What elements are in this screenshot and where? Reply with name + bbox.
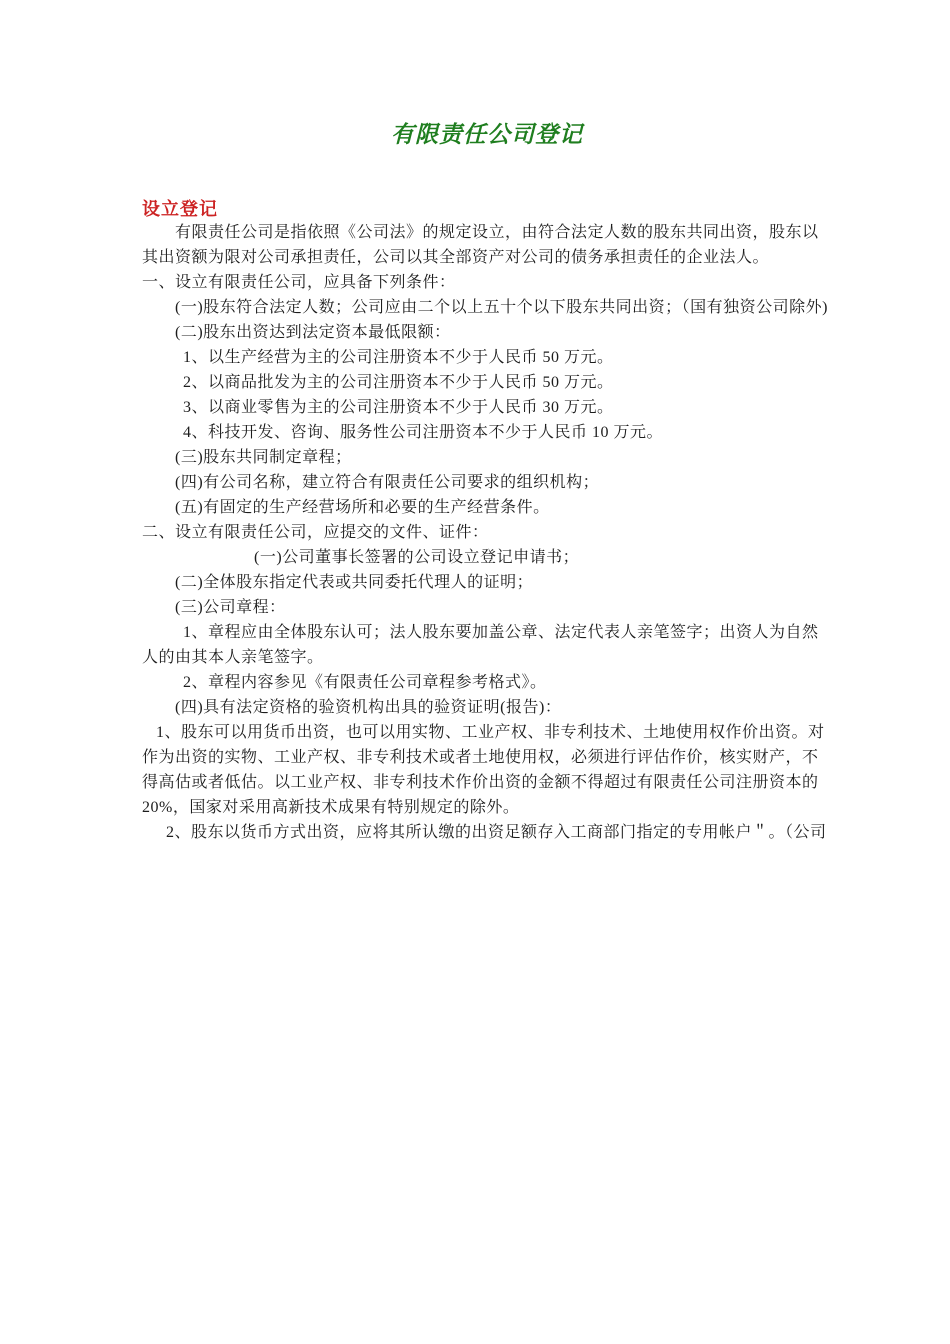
- section-heading: 设立登记: [142, 198, 832, 220]
- conditions-heading: 一、设立有限责任公司，应具备下列条件：: [142, 270, 832, 295]
- condition-item-4: (四)有公司名称，建立符合有限责任公司要求的组织机构；: [142, 470, 832, 495]
- capital-requirement-item-3: 3、以商业零售为主的公司注册资本不少于人民币 30 万元。: [142, 395, 832, 420]
- capital-requirement-item-1: 1、以生产经营为主的公司注册资本不少于人民币 50 万元。: [142, 345, 832, 370]
- document-page: 有限责任公司登记 设立登记 有限责任公司是指依照《公司法》的规定设立，由符合法定…: [0, 0, 950, 1344]
- condition-item-1: (一)股东符合法定人数；公司应由二个以上五十个以下股东共同出资；（国有独资公司除…: [142, 295, 832, 320]
- required-documents-heading: 二、设立有限责任公司，应提交的文件、证件：: [142, 520, 832, 545]
- capital-requirement-item-2: 2、以商品批发为主的公司注册资本不少于人民币 50 万元。: [142, 370, 832, 395]
- intro-paragraph: 有限责任公司是指依照《公司法》的规定设立，由符合法定人数的股东共同出资，股东以其…: [142, 220, 832, 270]
- document-title: 有限责任公司登记: [142, 120, 832, 150]
- document-item-4: (四)具有法定资格的验资机构出具的验资证明(报告)：: [142, 695, 832, 720]
- condition-item-2: (二)股东出资达到法定资本最低限额：: [142, 320, 832, 345]
- charter-rule-item-1: 1、章程应由全体股东认可；法人股东要加盖公章、法定代表人亲笔签字；出资人为自然人…: [142, 620, 832, 670]
- capital-contribution-note-2: 2、股东以货币方式出资，应将其所认缴的出资足额存入工商部门指定的专用帐户＂。（公…: [142, 820, 832, 845]
- charter-rule-item-2: 2、章程内容参见《有限责任公司章程参考格式》。: [142, 670, 832, 695]
- condition-item-5: (五)有固定的生产经营场所和必要的生产经营条件。: [142, 495, 832, 520]
- capital-contribution-note-1: 1、股东可以用货币出资，也可以用实物、工业产权、非专利技术、土地使用权作价出资。…: [142, 720, 832, 820]
- capital-requirement-item-4: 4、科技开发、咨询、服务性公司注册资本不少于人民币 10 万元。: [142, 420, 832, 445]
- condition-item-3: (三)股东共同制定章程；: [142, 445, 832, 470]
- document-item-3: (三)公司章程：: [142, 595, 832, 620]
- document-item-1: (一)公司董事长签署的公司设立登记申请书；: [142, 545, 832, 570]
- document-item-2: (二)全体股东指定代表或共同委托代理人的证明；: [142, 570, 832, 595]
